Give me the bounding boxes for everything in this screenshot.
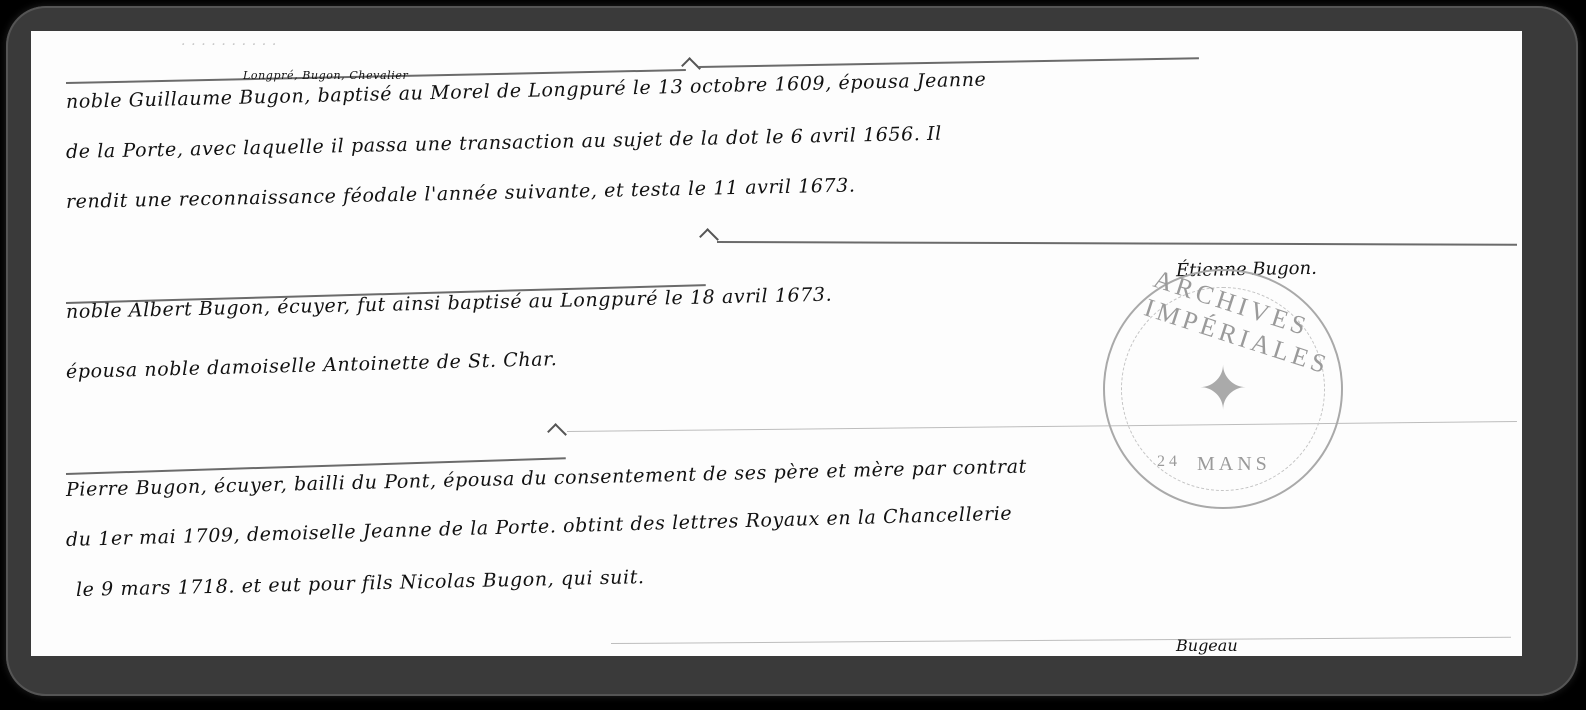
document-frame: · · · · · · · · · · Longpré, Bugon, Chev… (6, 6, 1578, 696)
entry-3-brace (547, 423, 567, 443)
stamp-text-bottom: MANS (1197, 453, 1271, 476)
entry-2-top-rule-right (717, 241, 1517, 246)
entry-3-line-2: du 1er mai 1709, demoiselle Jeanne de la… (66, 503, 1013, 551)
archive-stamp: ARCHIVES IMPÉRIALES ✦ MANS 24 (1103, 269, 1343, 509)
entry-3-line-1: Pierre Bugon, écuyer, bailli du Pont, ép… (66, 456, 1027, 501)
entry-1-line-1: noble Guillaume Bugon, baptisé au Morel … (66, 69, 987, 113)
entry-3-line-3: le 9 mars 1718. et eut pour fils Nicolas… (76, 566, 645, 601)
entry-1-line-2: de la Porte, avec laquelle il passa une … (66, 123, 942, 163)
entry-2-line-2: épousa noble damoiselle Antoinette de St… (66, 348, 558, 383)
manuscript-page: · · · · · · · · · · Longpré, Bugon, Chev… (31, 31, 1522, 656)
entry-3-top-rule-right (567, 421, 1517, 432)
entry-1-interlinear-note: Longpré, Bugon, Chevalier (243, 69, 408, 82)
entry-1-line-3: rendit une reconnaissance féodale l'anné… (66, 174, 856, 213)
bleed-through-text: · · · · · · · · · · (181, 37, 277, 53)
footer-fragment: Bugeau (1176, 636, 1238, 655)
bottom-rule (611, 637, 1511, 644)
entry-1-brace (681, 57, 701, 77)
entry-2-line-1: noble Albert Bugon, écuyer, fut ainsi ba… (66, 284, 833, 323)
entry-2-brace (699, 228, 719, 248)
entry-1-top-rule-right (699, 57, 1199, 68)
eagle-emblem-icon: ✦ (1175, 341, 1271, 437)
stamp-number: 24 (1157, 453, 1181, 471)
